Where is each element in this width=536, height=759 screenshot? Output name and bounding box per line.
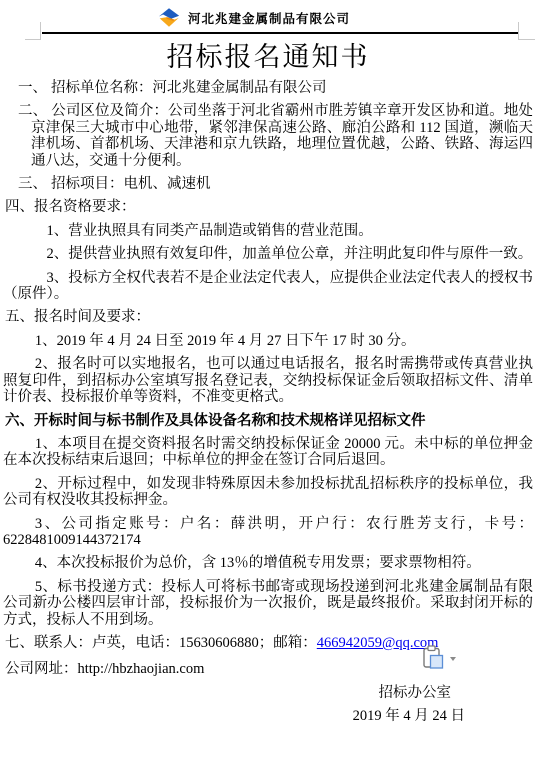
chevron-down-icon[interactable] bbox=[450, 657, 456, 661]
page-header: 河北兆建金属制品有限公司 bbox=[0, 8, 536, 27]
company-logo-icon bbox=[158, 8, 180, 27]
paste-clipboard-icon bbox=[421, 645, 446, 671]
signature-office: 招标办公室 bbox=[0, 685, 536, 701]
document-body: 一、招标单位名称：河北兆建金属制品有限公司 二、公司区位及简介：公司坐落于河北省… bbox=[0, 74, 536, 678]
signature-date: 2019 年 4 月 24 日 bbox=[0, 708, 536, 724]
header-divider bbox=[42, 32, 518, 34]
item-label: 二、 bbox=[18, 103, 47, 119]
section6-heading: 六、开标时间与标书制作及具体设备名称和技术规格详见招标文件 bbox=[5, 413, 533, 429]
section4-item-1: 1、营业执照具有同类产品制造或销售的营业范围。 bbox=[3, 223, 533, 239]
signature-block: 招标办公室 2019 年 4 月 24 日 bbox=[0, 685, 536, 725]
item-bid-unit-name: 一、招标单位名称：河北兆建金属制品有限公司 bbox=[18, 80, 533, 96]
item-label: 一、 bbox=[18, 80, 47, 96]
document-page: 河北兆建金属制品有限公司 招标报名通知书 一、招标单位名称：河北兆建金属制品有限… bbox=[0, 0, 536, 759]
item-bid-project: 三、招标项目：电机、减速机 bbox=[18, 176, 533, 192]
item-text: 招标项目：电机、减速机 bbox=[51, 176, 211, 192]
website-label: 公司网址： bbox=[5, 661, 78, 677]
section5-item-1: 1、2019 年 4 月 24 日至 2019 年 4 月 27 日下午 17 … bbox=[3, 333, 533, 349]
margin-mark-right bbox=[519, 39, 535, 40]
paste-options-button[interactable] bbox=[421, 645, 456, 671]
section6-item-3-bank-account: 3、公司指定账号：户名：薛洪明，开户行：农行胜芳支行，卡号：6228481009… bbox=[3, 516, 533, 549]
section6-item-5: 5、标书投递方式：投标人可将标书邮寄或现场投递到河北兆建金属制品有限公司新办公楼… bbox=[3, 579, 533, 628]
website-url: http://hbzhaojian.com bbox=[78, 661, 205, 677]
item-text: 招标单位名称：河北兆建金属制品有限公司 bbox=[51, 80, 327, 96]
contact-text: 七、联系人：卢英，电话：15630606880；邮箱： bbox=[5, 635, 317, 651]
company-name: 河北兆建金属制品有限公司 bbox=[188, 9, 350, 27]
section4-item-2: 2、提供营业执照有效复印件，加盖单位公章，并注明此复印件与原件一致。 bbox=[3, 246, 533, 262]
section6-item-4: 4、本次投标报价为总价，含 13％的增值税专用发票；要求票物相符。 bbox=[3, 555, 533, 571]
section5-item-2: 2、报名时可以实地报名，也可以通过电话报名，报名时需携带或传真营业执照复印件，到… bbox=[3, 356, 533, 405]
margin-mark-left bbox=[25, 39, 40, 40]
section4-heading: 四、报名资格要求： bbox=[5, 199, 533, 215]
item-label: 三、 bbox=[18, 176, 47, 192]
section4-item-3: 3、投标方全权代表若不是企业法定代表人，应提供企业法定代表人的授权书（原件）。 bbox=[3, 270, 533, 303]
section6-item-2: 2、开标过程中，如发现非特殊原因未参加投标扰乱招标秩序的投标单位，我公司有权没收… bbox=[3, 476, 533, 509]
item-text: 公司区位及简介：公司坐落于河北省霸州市胜芳镇辛章开发区协和道。地处京津保三大城市… bbox=[31, 103, 533, 168]
item-company-profile: 二、公司区位及简介：公司坐落于河北省霸州市胜芳镇辛章开发区协和道。地处京津保三大… bbox=[18, 103, 533, 169]
section6-item-1: 1、本项目在提交资料报名时需交纳投标保证金 20000 元。未中标的单位押金在本… bbox=[3, 436, 533, 469]
section5-heading: 五、报名时间及要求： bbox=[5, 309, 533, 325]
